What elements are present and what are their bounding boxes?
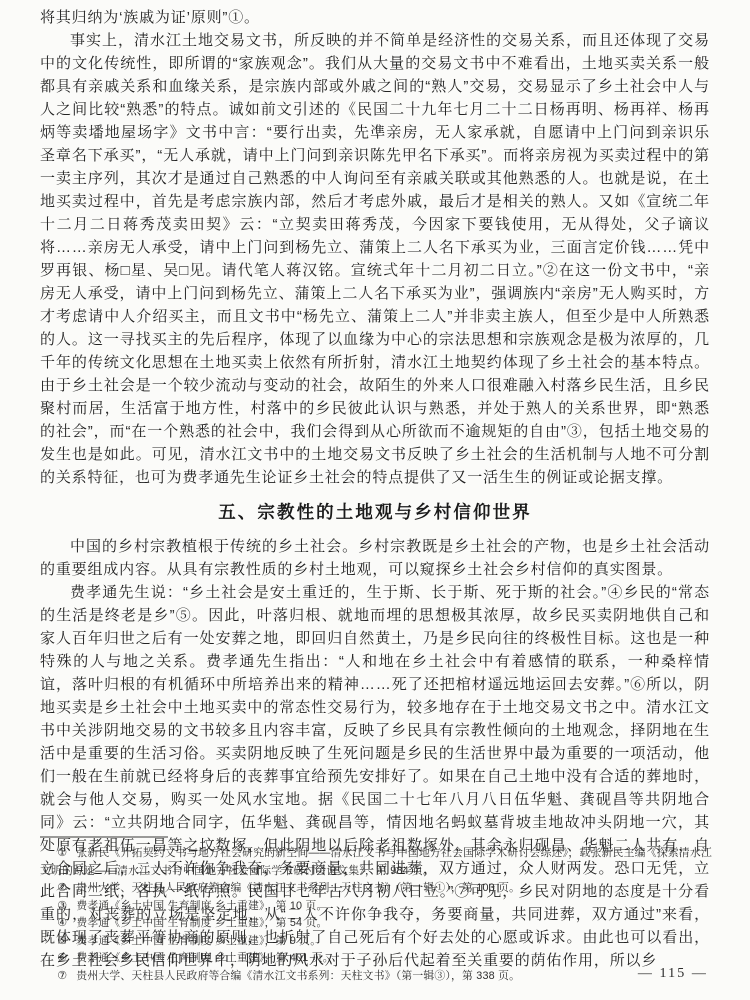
paragraph: 中国的乡村宗教植根于传统的乡土社会。乡村宗教既是乡土社会的产物，也是乡土社会活动… [40, 535, 710, 581]
paragraph-continuation: 将其归纳为‘族戚为证’原则”①。 [40, 6, 710, 29]
footnote-marker: ⑦ [57, 970, 67, 982]
section-heading: 五、宗教性的土地观与乡村信仰世界 [40, 501, 710, 524]
paragraph: 事实上，清水江土地交易文书，所反映的并不简单是经济性的交易关系，而且还体现了交易… [40, 29, 710, 489]
footnote-separator [40, 836, 168, 838]
footnote-marker: ③ [57, 900, 67, 912]
footnote-item: ③费孝通《乡土中国 生育制度 乡土重建》，第 10 页。 [40, 898, 712, 916]
footnote-marker: ① [57, 847, 67, 859]
footnote-item: ⑥费孝通《乡土中国 生育制度 乡土重建》，第 401 页。 [40, 950, 712, 968]
footnote-text: 费孝通《乡土中国 生育制度 乡土重建》，第 10 页。 [76, 900, 327, 912]
footnote-text: 费孝通《乡土中国 生育制度 乡土重建》，第 401 页。 [76, 952, 333, 964]
footnote-item: ②贵州大学、天柱县人民政府等合编《清水江文书系列：天柱文书》（第一辑①），第 1… [40, 880, 712, 898]
footnote-text: 贵州大学、天柱县人民政府等合编《清水江文书系列：天柱文书》（第一辑③），第 33… [76, 970, 520, 982]
footnote-item: ①张新民《开拓契约文书与地方社会研究的新空间——清水江文书与中国地方社会国际学术… [40, 845, 712, 880]
footnote-marker: ④ [57, 917, 67, 929]
footnote-marker: ② [57, 882, 67, 894]
footnote-marker: ⑥ [57, 952, 67, 964]
footnote-text: 贵州大学、天柱县人民政府等合编《清水江文书系列：天柱文书》（第一辑①），第 10… [76, 882, 520, 894]
footnote-text: 张新民《开拓契约文书与地方社会研究的新空间——清水江文书与中国地方社会国际学术研… [40, 847, 712, 877]
footnote-item: ④费孝通《乡土中国 生育制度 乡土重建》，第 54 页。 [40, 915, 712, 933]
footnotes-section: ①张新民《开拓契约文书与地方社会研究的新空间——清水江文书与中国地方社会国际学术… [40, 836, 712, 985]
body-text: 将其归纳为‘族戚为证’原则”①。 事实上，清水江土地交易文书，所反映的并不简单是… [40, 6, 710, 972]
footnote-item: ⑤费孝通《乡土中国 生育制度 乡土重建》，第 9 页。 [40, 933, 712, 951]
footnote-text: 费孝通《乡土中国 生育制度 乡土重建》，第 54 页。 [76, 917, 327, 929]
document-page: 将其归纳为‘族戚为证’原则”①。 事实上，清水江土地交易文书，所反映的并不简单是… [0, 0, 750, 1000]
page-number: — 115 — [638, 966, 708, 982]
footnote-item: ⑦贵州大学、天柱县人民政府等合编《清水江文书系列：天柱文书》（第一辑③），第 3… [40, 968, 712, 986]
footnote-marker: ⑤ [57, 935, 67, 947]
footnote-text: 费孝通《乡土中国 生育制度 乡土重建》，第 9 页。 [76, 935, 321, 947]
